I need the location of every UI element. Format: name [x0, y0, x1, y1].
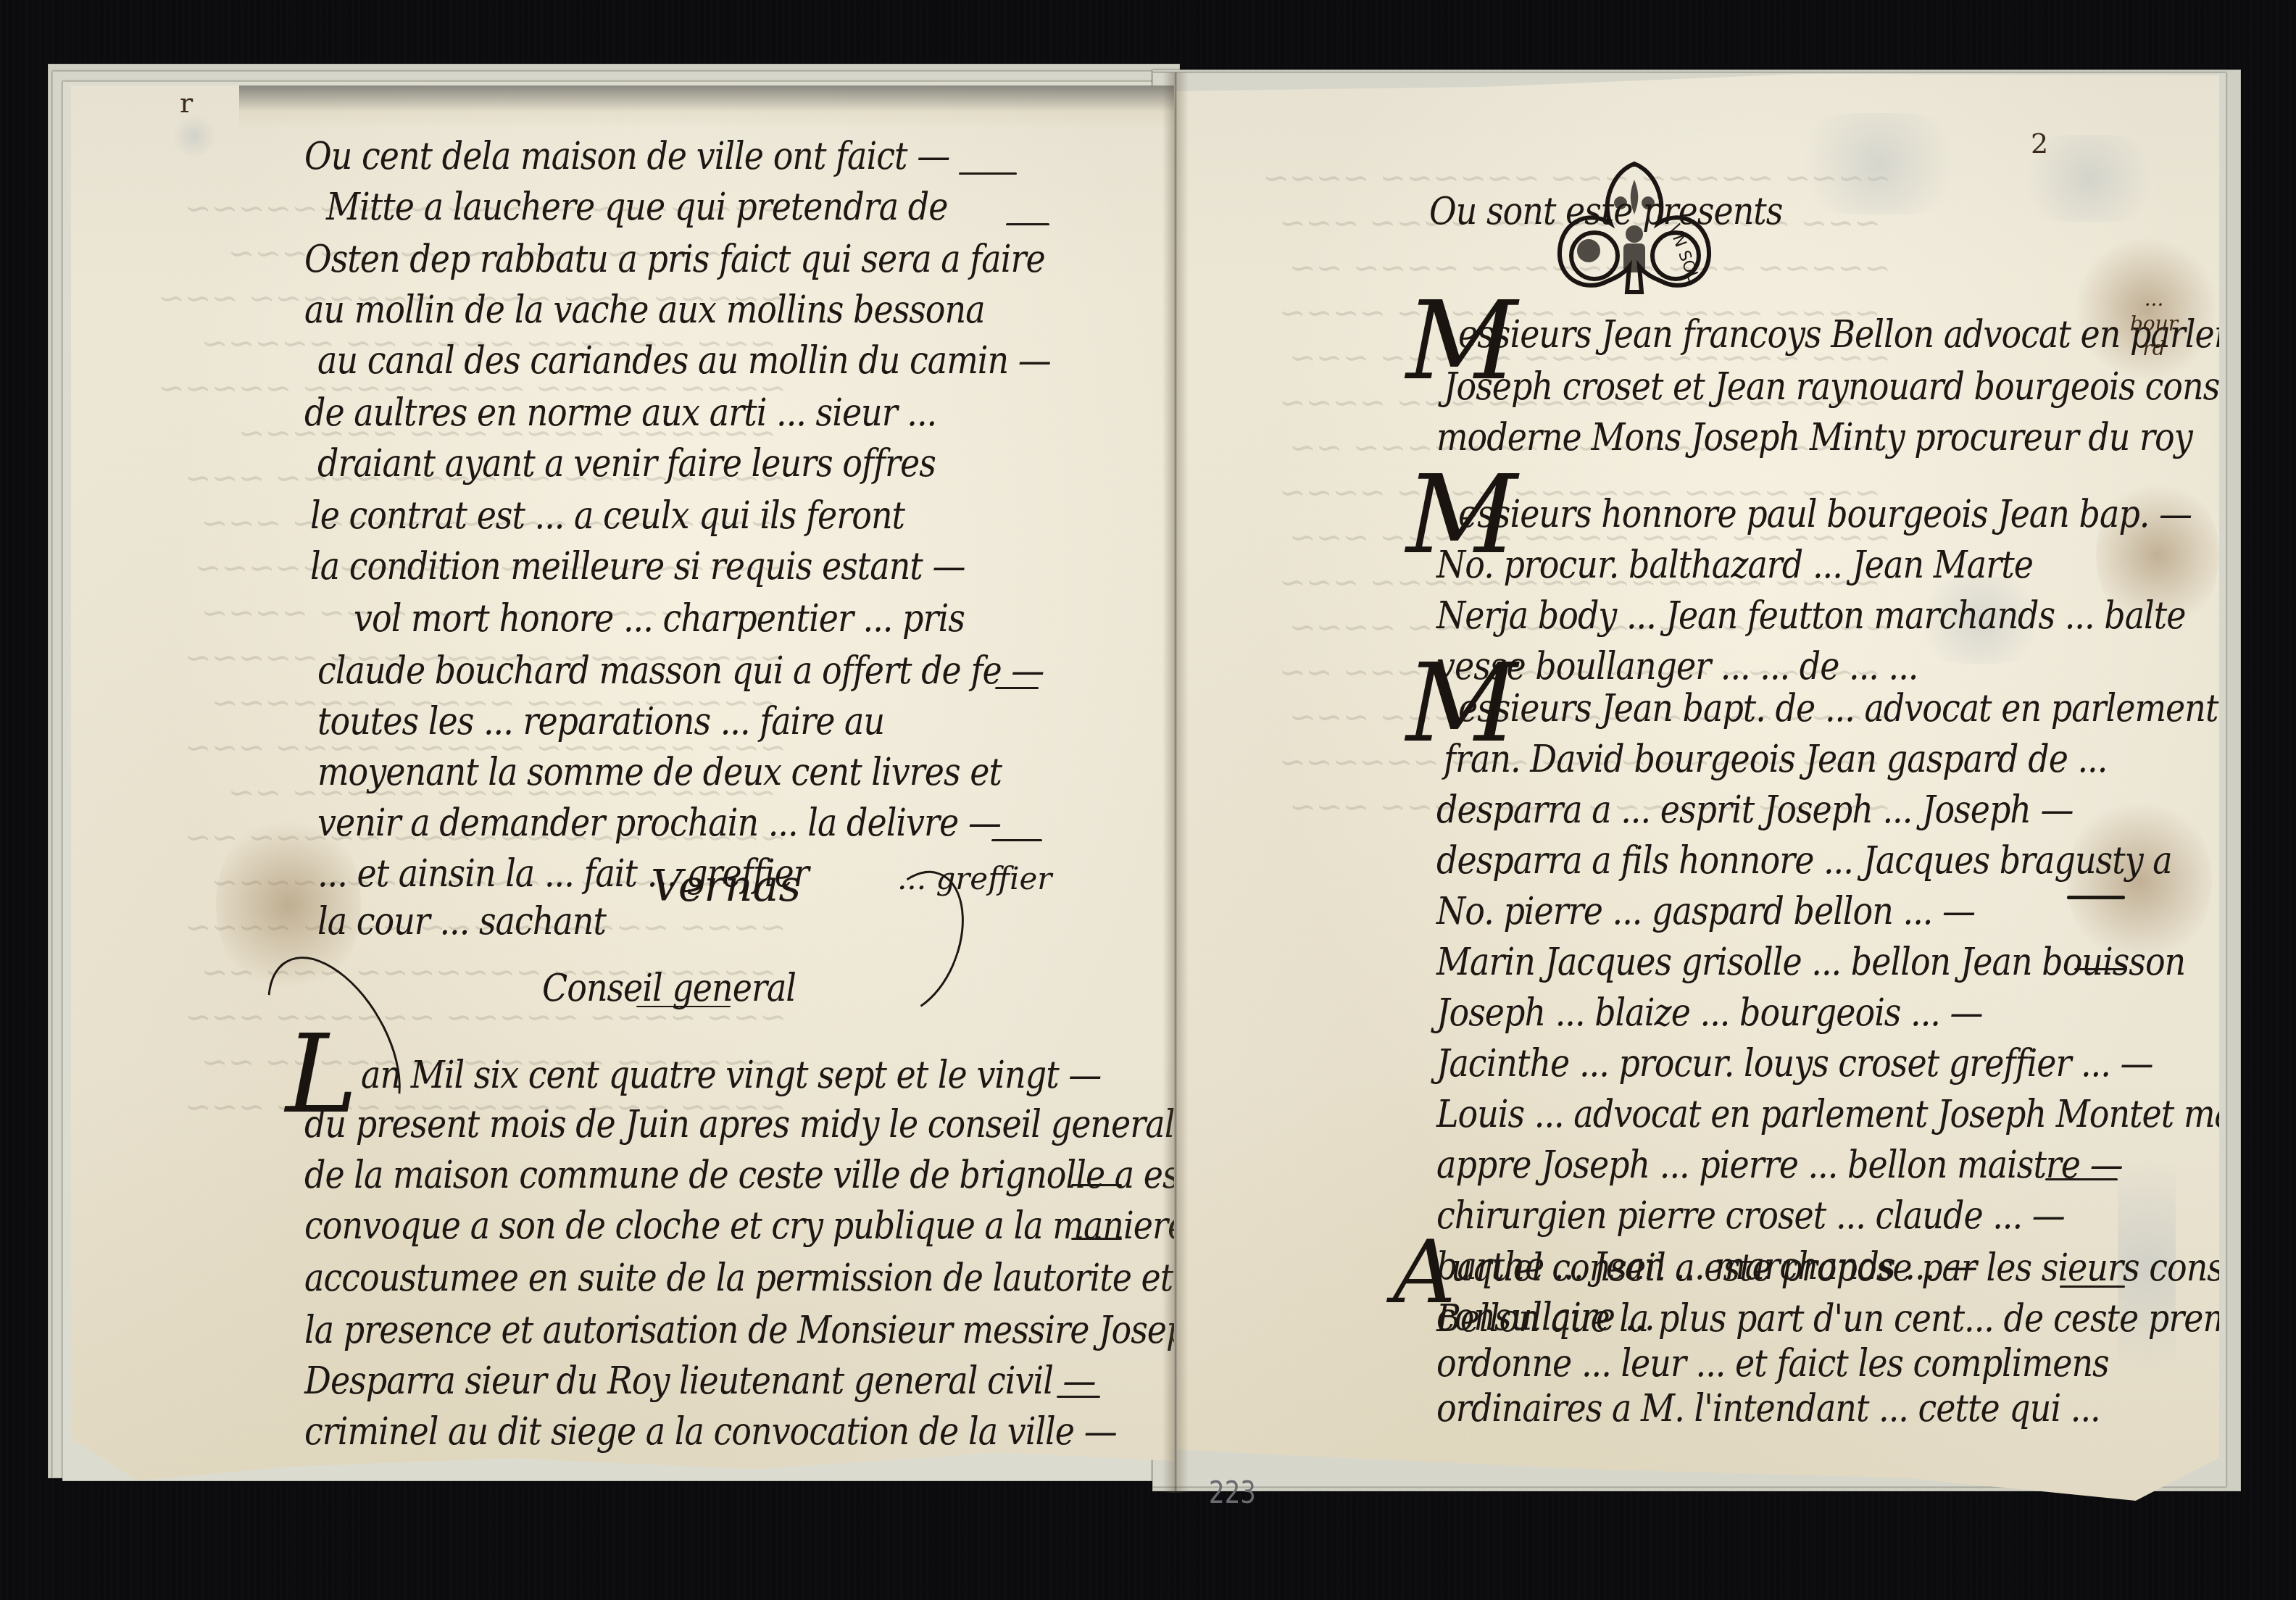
- text-line: Marin Jacques grisolle ... bellon Jean b…: [1436, 939, 2185, 984]
- text-line: Bellon que la plus part d'un cent... de …: [1436, 1296, 2219, 1341]
- text-line: ordonne ... leur ... et faict les compli…: [1436, 1341, 2109, 1386]
- line-end-dash: [959, 172, 1017, 175]
- text-line: claude bouchard masson qui a offert de f…: [317, 648, 1044, 693]
- text-line: Desparra sieur du Roy lieutenant general…: [304, 1358, 1096, 1403]
- text-line: vol mort honore ... charpentier ... pris: [354, 596, 965, 641]
- text-line: ordinaires a M. l'intendant ... cette qu…: [1436, 1386, 2100, 1430]
- section-heading: Conseil general: [542, 965, 796, 1010]
- margin-note-line: rd: [2125, 336, 2183, 361]
- text-line: Osten dep rabbatu a pris faict qui sera …: [304, 236, 1045, 281]
- text-line: de aultres en norme aux arti ... sieur .…: [304, 390, 936, 435]
- text-line: draiant ayant a venir faire leurs offres: [317, 441, 936, 486]
- left-page: ~~~ ~~~~ ~~~~~ ~~~ ~~~~~~ ~~~~ ~~ ~~~~~ …: [71, 86, 1174, 1480]
- text-line: Nerja body ... Jean feutton marchands ..…: [1436, 593, 2186, 638]
- text-line: No. pierre ... gaspard bellon ... —: [1436, 888, 1975, 933]
- line-end-dash: [1071, 1184, 1122, 1186]
- text-line: accoustumee en suite de la permission de…: [304, 1255, 1173, 1300]
- text-line: la presence et autorisation de Monsieur …: [304, 1307, 1174, 1352]
- text-line: No. procur. balthazard ... Jean Marte: [1436, 542, 2033, 587]
- text-line: Joseph croset et Jean raynouard bourgeoi…: [1444, 364, 2219, 409]
- text-line: Joseph ... blaize ... bourgeois ... —: [1436, 990, 1983, 1035]
- right-page: ~~~~ ~~~~~ ~~~ ~~~~~~ ~~~~ ~~~ ~~~~~~ ~~…: [1176, 70, 2219, 1501]
- text-line: desparra a fils honnore ... Jacques brag…: [1436, 838, 2172, 883]
- page-corner-mark: 2: [2031, 128, 2048, 159]
- line-end-dash: [1057, 1396, 1100, 1398]
- text-line: la cour ... sachant: [317, 899, 606, 943]
- text-line: appre Joseph ... pierre ... bellon maist…: [1436, 1142, 2123, 1187]
- text-line: desparra a ... esprit Joseph ... Joseph …: [1436, 787, 2074, 832]
- line-end-dash: [991, 839, 1042, 841]
- margin-note-line: ...: [2125, 287, 2183, 312]
- text-line: criminel au dit siege a la convocation d…: [304, 1409, 1117, 1454]
- text-line: Louis ... advocat en parlement Joseph Mo…: [1436, 1091, 2219, 1136]
- water-stain: [1784, 113, 1973, 214]
- text-line: fran. David bourgeois Jean gaspard de ..…: [1444, 736, 2107, 781]
- text-line: la condition meilleure si requis estant …: [310, 543, 965, 588]
- attendance-heading: Ou sont este presents: [1429, 188, 1782, 233]
- text-line: Jacinthe ... procur. louys croset greffi…: [1436, 1041, 2152, 1086]
- text-line: uquel conseil a este propose par les sie…: [1451, 1245, 2219, 1290]
- signature-vernas: Vernas: [651, 861, 801, 912]
- margin-note-line: bour: [2125, 312, 2183, 336]
- text-line: de la maison commune de ceste ville de b…: [304, 1152, 1174, 1197]
- text-line: toutes les ... reparations ... faire au: [317, 699, 884, 743]
- water-stain: [172, 114, 216, 158]
- text-line: essieurs Jean bapt. de ... advocat en pa…: [1458, 686, 2218, 730]
- line-end-dash: [2045, 1178, 2118, 1180]
- line-end-dash: [1071, 1238, 1122, 1240]
- text-line: convoque a son de cloche et cry publique…: [304, 1203, 1174, 1248]
- text-line: Ou cent dela maison de ville ont faict —: [304, 133, 949, 178]
- text-line: du present mois de Juin apres midy le co…: [304, 1101, 1174, 1146]
- text-line: essieurs honnore paul bourgeois Jean bap…: [1458, 491, 2192, 536]
- text-line: chirurgien pierre croset ... claude ... …: [1436, 1193, 2065, 1238]
- text-line: moyenant la somme de deux cent livres et: [317, 749, 1002, 794]
- text-line: essieurs Jean francoys Bellon advocat en…: [1458, 312, 2219, 357]
- page-corner-mark: r: [180, 87, 193, 119]
- line-end-dash: [995, 687, 1039, 689]
- torn-edge: [239, 86, 1174, 129]
- text-line: au mollin de la vache aux mollins besson…: [304, 287, 985, 332]
- text-line: an Mil six cent quatre vingt sept et le …: [361, 1052, 1101, 1097]
- heading-underline: [636, 1006, 731, 1007]
- folio-number: 223: [1209, 1475, 1256, 1511]
- text-line: venir a demander prochain ... la delivre…: [317, 800, 1001, 845]
- text-line: Mitte a lauchere que qui pretendra de: [326, 184, 947, 229]
- archival-scan: ~~~ ~~~~ ~~~~~ ~~~ ~~~~~~ ~~~~ ~~ ~~~~~ …: [0, 0, 2296, 1600]
- line-end-dash: [2067, 896, 2125, 899]
- line-end-dash: [2074, 968, 2125, 970]
- text-line: moderne Mons Joseph Minty procureur du r…: [1436, 414, 2192, 459]
- text-line: au canal des cariandes au mollin du cami…: [317, 338, 1051, 383]
- line-end-dash: [1006, 223, 1049, 225]
- text-line: le contrat est ... a ceulx qui ils feron…: [310, 493, 904, 538]
- margin-note: ... bour rd: [2125, 287, 2183, 361]
